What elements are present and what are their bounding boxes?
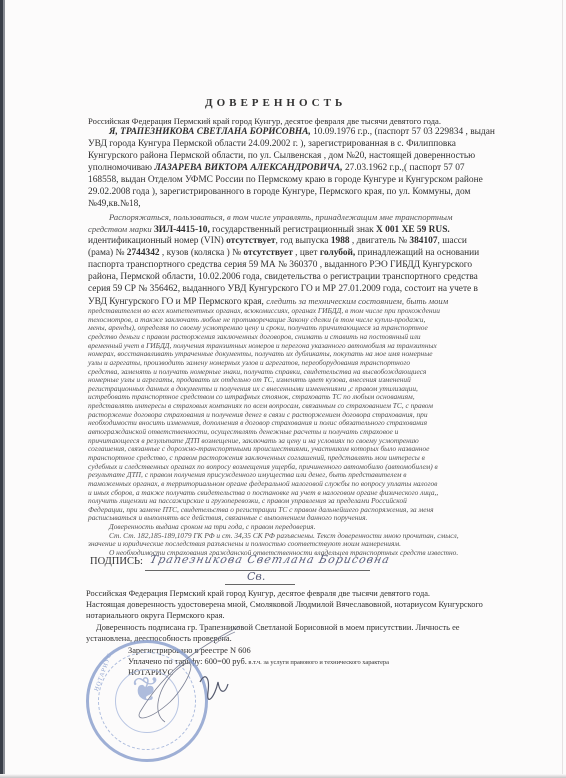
text-line: получить лицензии на пассажирские и груз… bbox=[88, 496, 407, 505]
signature-label: ПОДПИСЬ: bbox=[90, 556, 143, 567]
text-line: серия 59 СР № 356462, выданного УВД Кунг… bbox=[88, 284, 478, 295]
scan-right-edge bbox=[562, 0, 563, 778]
vin-line: идентификационный номер (VIN) отсутствуе… bbox=[88, 236, 467, 247]
text-line: результате ДТП, с правом получения прису… bbox=[88, 470, 407, 479]
text-line: техосмотров, а также заключать любые не … bbox=[88, 315, 425, 324]
text-line: Распоряжаться, пользоваться, в том числе… bbox=[109, 212, 452, 223]
text-line: паспорта транспортного средства серия 59… bbox=[88, 260, 472, 271]
text-line: расторжение договора страхования и получ… bbox=[88, 410, 428, 419]
agent-line: уполномочиваю ЛАЗАРЕВА ВИКТОРА АЛЕКСАНДР… bbox=[88, 163, 465, 174]
document-title: ДОВЕРЕННОСТЬ bbox=[205, 97, 346, 109]
text-line: транспортное средство, с правом расторже… bbox=[88, 453, 425, 462]
text-line: Кунгурского района Пермской области, по … bbox=[88, 151, 475, 162]
vehicle-year: 1988 bbox=[331, 236, 350, 246]
vehicle-color: голубой, bbox=[320, 248, 355, 258]
chassis-line: (рама) № 2744342 , кузов (коляска ) № от… bbox=[88, 248, 479, 259]
engine-number: 384107 bbox=[409, 236, 437, 246]
text-line: средство деньги с правом расторжения зак… bbox=[88, 332, 421, 341]
vehicle-model: ЗИЛ-4415-10, bbox=[154, 225, 210, 235]
scan-bottom-edge bbox=[0, 774, 566, 778]
principal-signature: Трапезникова Светлана Борисовна bbox=[149, 553, 392, 566]
legal-articles-line: Ст. Ст. 182,185-189,1079 ГК РФ и ст. 34,… bbox=[109, 531, 459, 540]
text-line: номерах, восстанавливать утраченные доку… bbox=[88, 349, 433, 358]
vehicle-plate: Х 001 ХЕ 59 RUS. bbox=[376, 225, 450, 235]
text-line: №49,кв.№18, bbox=[88, 199, 141, 210]
text-line: причитающееся в результате ДТП возмещени… bbox=[88, 436, 419, 445]
notary-text-line: Настоящая доверенность удостоверена мной… bbox=[86, 599, 483, 610]
signature-initials: Св. bbox=[247, 570, 265, 583]
principal-name: Я, ТРАПЕЗНИКОВА СВЕТЛАНА БОРИСОВНА, bbox=[109, 127, 311, 137]
notary-signature bbox=[130, 622, 250, 742]
notary-text-line: нотариального округа Пермского края. bbox=[86, 610, 225, 621]
place-date-line: Российская Федерация Пермский край город… bbox=[88, 116, 441, 127]
principal-line: Я, ТРАПЕЗНИКОВА СВЕТЛАНА БОРИСОВНА, 10.0… bbox=[109, 127, 495, 138]
notary-place-date: Российская Федерация Пермский край город… bbox=[86, 588, 430, 599]
chassis-number: 2744342 bbox=[127, 248, 160, 258]
text-line: истребовать транспортное средством со шт… bbox=[88, 392, 415, 401]
text-line: района, Пермской области, 10.02.2006 год… bbox=[88, 272, 478, 283]
text-line: номерные узлы и агрегаты, продавать их о… bbox=[88, 375, 411, 384]
vehicle-model-line: средством марки ЗИЛ-4415-10, государстве… bbox=[88, 224, 450, 236]
initials-line bbox=[225, 584, 295, 585]
scan-left-edge bbox=[0, 0, 6, 778]
text-line: расписываться и выполнять все действия, … bbox=[88, 513, 367, 522]
text-line: УВД города Кунгура Пермской области 24.0… bbox=[88, 139, 456, 150]
text-line: 168558, выдан Отделом УФМС России по Пер… bbox=[88, 175, 483, 186]
text-line: 29.02.2008 года ), зарегистрированного в… bbox=[88, 187, 470, 198]
agent-name: ЛАЗАРЕВА ВИКТОРА АЛЕКСАНДРОВИЧА, bbox=[154, 163, 342, 173]
